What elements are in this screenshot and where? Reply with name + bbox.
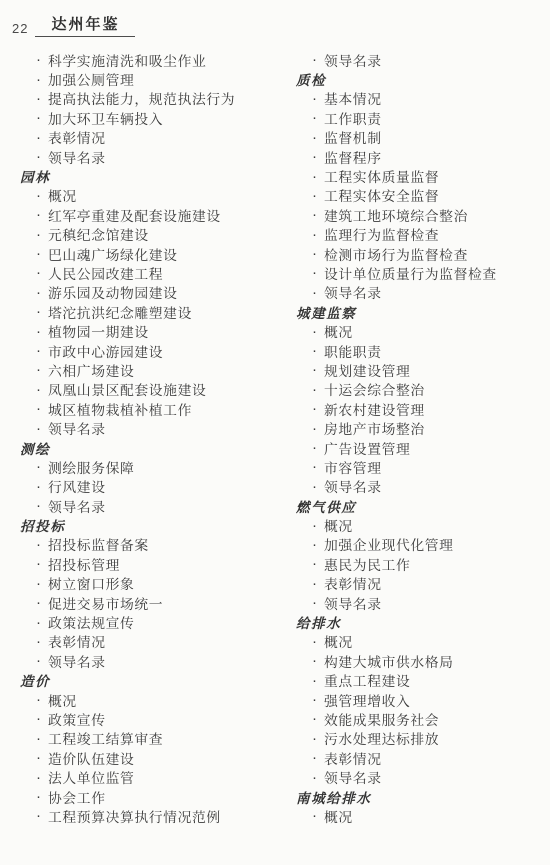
toc-entry-label: 概况 xyxy=(324,631,353,651)
bullet-icon: · xyxy=(310,265,319,280)
toc-entry-label: 市政中心游园建设 xyxy=(48,341,163,361)
toc-entry-label: 协会工作 xyxy=(48,787,106,807)
toc-item: ·法人单位监管 xyxy=(18,767,280,786)
toc-item: ·广告设置管理 xyxy=(294,438,550,457)
toc-entry-label: 提高执法能力，规范执法行为 xyxy=(48,88,235,108)
bullet-icon: · xyxy=(310,421,319,436)
bullet-icon: · xyxy=(310,324,319,339)
toc-item: ·建筑工地环境综合整治 xyxy=(294,205,550,224)
toc-section-heading: 城建监察 xyxy=(294,302,550,321)
toc-entry-label: 职能职责 xyxy=(324,341,382,361)
bullet-icon: · xyxy=(34,110,43,125)
toc-entry-label: 领导名录 xyxy=(48,496,106,516)
bullet-icon: · xyxy=(310,711,319,726)
toc-entry-label: 园林 xyxy=(20,166,50,186)
bullet-icon: · xyxy=(310,479,319,494)
toc-item: ·加强企业现代化管理 xyxy=(294,535,550,554)
toc-entry-label: 概况 xyxy=(48,185,77,205)
toc-item: ·基本情况 xyxy=(294,89,550,108)
bullet-icon: · xyxy=(34,343,43,358)
page-header: 22 达州年鉴 xyxy=(12,13,135,37)
toc-item: ·监督程序 xyxy=(294,147,550,166)
toc-entry-label: 监理行为监督检查 xyxy=(324,224,439,244)
bullet-icon: · xyxy=(310,576,319,591)
toc-entry-label: 房地产市场整治 xyxy=(324,418,425,438)
toc-item: ·十运会综合整治 xyxy=(294,380,550,399)
toc-entry-label: 强管理增收入 xyxy=(324,690,410,710)
toc-entry-label: 监督程序 xyxy=(324,147,382,167)
toc-item: ·表彰情况 xyxy=(294,574,550,593)
toc-entry-label: 人民公园改建工程 xyxy=(48,263,163,283)
toc-item: ·政策法规宣传 xyxy=(18,612,280,631)
toc-item: ·效能成果服务社会 xyxy=(294,709,550,728)
toc-entry-label: 领导名录 xyxy=(324,767,382,787)
toc-entry-label: 领导名录 xyxy=(48,418,106,438)
toc-entry-label: 塔沱抗洪纪念雕塑建设 xyxy=(48,302,192,322)
toc-item: ·重点工程建设 xyxy=(294,671,550,690)
toc-entry-label: 效能成果服务社会 xyxy=(324,709,439,729)
toc-entry-label: 领导名录 xyxy=(324,476,382,496)
bullet-icon: · xyxy=(310,440,319,455)
bullet-icon: · xyxy=(34,537,43,552)
toc-item: ·惠民为民工作 xyxy=(294,554,550,573)
toc-item: ·规划建设管理 xyxy=(294,360,550,379)
toc-entry-label: 领导名录 xyxy=(324,282,382,302)
toc-section-heading: 测绘 xyxy=(18,438,280,457)
bullet-icon: · xyxy=(310,188,319,203)
toc-entry-label: 概况 xyxy=(324,515,353,535)
toc-item: ·概况 xyxy=(294,632,550,651)
book-title: 达州年鉴 xyxy=(51,17,119,33)
toc-item: ·概况 xyxy=(294,515,550,534)
toc-item: ·科学实施清洗和吸尘作业 xyxy=(18,50,280,69)
bullet-icon: · xyxy=(310,169,319,184)
toc-item: ·城区植物栽植补植工作 xyxy=(18,399,280,418)
toc-entry-label: 工作职责 xyxy=(324,108,382,128)
bullet-icon: · xyxy=(310,537,319,552)
bullet-icon: · xyxy=(34,711,43,726)
bullet-icon: · xyxy=(34,421,43,436)
bullet-icon: · xyxy=(34,72,43,87)
book-title-rule: 达州年鉴 xyxy=(35,13,135,37)
toc-item: ·塔沱抗洪纪念雕塑建设 xyxy=(18,302,280,321)
bullet-icon: · xyxy=(34,576,43,591)
toc-item: ·游乐园及动物园建设 xyxy=(18,283,280,302)
toc-entry-label: 造价队伍建设 xyxy=(48,748,134,768)
bullet-icon: · xyxy=(310,673,319,688)
bullet-icon: · xyxy=(310,595,319,610)
bullet-icon: · xyxy=(310,285,319,300)
bullet-icon: · xyxy=(310,207,319,222)
toc-item: ·构建大城市供水格局 xyxy=(294,651,550,670)
toc-item: ·领导名录 xyxy=(294,283,550,302)
bullet-icon: · xyxy=(34,401,43,416)
toc-item: ·凤凰山景区配套设施建设 xyxy=(18,380,280,399)
bullet-icon: · xyxy=(310,653,319,668)
toc-item: ·强管理增收入 xyxy=(294,690,550,709)
toc-section-heading: 质检 xyxy=(294,69,550,88)
bullet-icon: · xyxy=(34,731,43,746)
toc-entry-label: 测绘服务保障 xyxy=(48,457,134,477)
toc-item: ·概况 xyxy=(294,321,550,340)
toc-entry-label: 表彰情况 xyxy=(48,127,106,147)
toc-entry-label: 领导名录 xyxy=(48,147,106,167)
toc-item: ·设计单位质量行为监督检查 xyxy=(294,263,550,282)
toc-entry-label: 元稹纪念馆建设 xyxy=(48,224,149,244)
toc-item: ·协会工作 xyxy=(18,787,280,806)
toc-entry-label: 基本情况 xyxy=(324,88,382,108)
bullet-icon: · xyxy=(310,110,319,125)
toc-entry-label: 污水处理达标排放 xyxy=(324,728,439,748)
toc-item: ·领导名录 xyxy=(18,651,280,670)
bullet-icon: · xyxy=(34,595,43,610)
toc-entry-label: 政策法规宣传 xyxy=(48,612,134,632)
toc-item: ·市容管理 xyxy=(294,457,550,476)
toc-item: ·工作职责 xyxy=(294,108,550,127)
toc-entry-label: 凤凰山景区配套设施建设 xyxy=(48,379,206,399)
toc-entry-label: 质检 xyxy=(296,69,326,89)
toc-item: ·领导名录 xyxy=(294,477,550,496)
bullet-icon: · xyxy=(310,634,319,649)
bullet-icon: · xyxy=(310,382,319,397)
toc-item: ·造价队伍建设 xyxy=(18,748,280,767)
bullet-icon: · xyxy=(310,459,319,474)
toc-column-right: ·领导名录质检·基本情况·工作职责·监督机制·监督程序·工程实体质量监督·工程实… xyxy=(294,50,550,826)
toc-item: ·领导名录 xyxy=(18,418,280,437)
bullet-icon: · xyxy=(34,149,43,164)
toc-entry-label: 概况 xyxy=(324,321,353,341)
toc-item: ·污水处理达标排放 xyxy=(294,729,550,748)
toc-section-heading: 造价 xyxy=(18,671,280,690)
toc-entry-label: 工程实体安全监督 xyxy=(324,185,439,205)
toc-section-heading: 园林 xyxy=(18,166,280,185)
yearbook-toc-page: 22 达州年鉴 ·科学实施清洗和吸尘作业·加强公厕管理·提高执法能力，规范执法行… xyxy=(0,0,550,865)
bullet-icon: · xyxy=(34,188,43,203)
toc-item: ·表彰情况 xyxy=(18,128,280,147)
toc-entry-label: 惠民为民工作 xyxy=(324,554,410,574)
toc-item: ·招投标监督备案 xyxy=(18,535,280,554)
toc-entry-label: 表彰情况 xyxy=(324,748,382,768)
toc-item: ·概况 xyxy=(18,186,280,205)
toc-item: ·工程实体质量监督 xyxy=(294,166,550,185)
toc-item: ·概况 xyxy=(294,806,550,825)
toc-entry-label: 招投标管理 xyxy=(48,554,120,574)
toc-entry-label: 加大环卫车辆投入 xyxy=(48,108,163,128)
bullet-icon: · xyxy=(34,362,43,377)
bullet-icon: · xyxy=(34,459,43,474)
toc-item: ·领导名录 xyxy=(18,147,280,166)
toc-section-heading: 给排水 xyxy=(294,612,550,631)
toc-item: ·工程竣工结算审查 xyxy=(18,729,280,748)
toc-item: ·行风建设 xyxy=(18,477,280,496)
toc-item: ·房地产市场整治 xyxy=(294,418,550,437)
bullet-icon: · xyxy=(310,362,319,377)
toc-entry-label: 概况 xyxy=(324,806,353,826)
toc-entry-label: 监督机制 xyxy=(324,127,382,147)
toc-item: ·表彰情况 xyxy=(18,632,280,651)
toc-entry-label: 十运会综合整治 xyxy=(324,379,425,399)
toc-item: ·领导名录 xyxy=(294,593,550,612)
toc-entry-label: 促进交易市场统一 xyxy=(48,593,163,613)
bullet-icon: · xyxy=(34,498,43,513)
toc-item: ·测绘服务保障 xyxy=(18,457,280,476)
bullet-icon: · xyxy=(34,285,43,300)
bullet-icon: · xyxy=(34,130,43,145)
toc-entry-label: 表彰情况 xyxy=(48,631,106,651)
toc-item: ·领导名录 xyxy=(294,50,550,69)
toc-entry-label: 南城给排水 xyxy=(296,787,372,807)
toc-item: ·职能职责 xyxy=(294,341,550,360)
bullet-icon: · xyxy=(310,770,319,785)
bullet-icon: · xyxy=(34,653,43,668)
toc-item: ·植物园一期建设 xyxy=(18,321,280,340)
toc-item: ·领导名录 xyxy=(294,767,550,786)
toc-column-left: ·科学实施清洗和吸尘作业·加强公厕管理·提高执法能力，规范执法行为·加大环卫车辆… xyxy=(18,50,280,826)
bullet-icon: · xyxy=(34,634,43,649)
bullet-icon: · xyxy=(310,246,319,261)
bullet-icon: · xyxy=(34,382,43,397)
toc-item: ·领导名录 xyxy=(18,496,280,515)
toc-entry-label: 行风建设 xyxy=(48,476,106,496)
bullet-icon: · xyxy=(34,246,43,261)
toc-entry-label: 造价 xyxy=(20,670,50,690)
bullet-icon: · xyxy=(310,808,319,823)
toc-item: ·加强公厕管理 xyxy=(18,69,280,88)
toc-entry-label: 工程预算决算执行情况范例 xyxy=(48,806,221,826)
toc-entry-label: 概况 xyxy=(48,690,77,710)
toc-item: ·监督机制 xyxy=(294,128,550,147)
toc-item: ·政策宣传 xyxy=(18,709,280,728)
bullet-icon: · xyxy=(34,479,43,494)
bullet-icon: · xyxy=(34,808,43,823)
toc-item: ·工程预算决算执行情况范例 xyxy=(18,806,280,825)
bullet-icon: · xyxy=(34,207,43,222)
bullet-icon: · xyxy=(34,789,43,804)
toc-entry-label: 游乐园及动物园建设 xyxy=(48,282,178,302)
bullet-icon: · xyxy=(310,130,319,145)
bullet-icon: · xyxy=(34,227,43,242)
toc-entry-label: 测绘 xyxy=(20,438,50,458)
toc-entry-label: 表彰情况 xyxy=(324,573,382,593)
toc-entry-label: 广告设置管理 xyxy=(324,438,410,458)
page-number: 22 xyxy=(12,21,28,37)
toc-entry-label: 重点工程建设 xyxy=(324,670,410,690)
bullet-icon: · xyxy=(34,52,43,67)
toc-entry-label: 红军亭重建及配套设施建设 xyxy=(48,205,221,225)
toc-item: ·加大环卫车辆投入 xyxy=(18,108,280,127)
bullet-icon: · xyxy=(34,692,43,707)
toc-entry-label: 加强企业现代化管理 xyxy=(324,534,454,554)
toc-item: ·市政中心游园建设 xyxy=(18,341,280,360)
bullet-icon: · xyxy=(310,227,319,242)
toc-entry-label: 树立窗口形象 xyxy=(48,573,134,593)
toc-item: ·红军亭重建及配套设施建设 xyxy=(18,205,280,224)
toc-item: ·巴山魂广场绿化建设 xyxy=(18,244,280,263)
toc-entry-label: 构建大城市供水格局 xyxy=(324,651,454,671)
bullet-icon: · xyxy=(310,750,319,765)
toc-entry-label: 科学实施清洗和吸尘作业 xyxy=(48,50,206,70)
toc-entry-label: 领导名录 xyxy=(48,651,106,671)
bullet-icon: · xyxy=(310,52,319,67)
toc-entry-label: 给排水 xyxy=(296,612,341,632)
toc-item: ·工程实体安全监督 xyxy=(294,186,550,205)
toc-item: ·树立窗口形象 xyxy=(18,574,280,593)
toc-entry-label: 规划建设管理 xyxy=(324,360,410,380)
toc-entry-label: 市容管理 xyxy=(324,457,382,477)
toc-entry-label: 城区植物栽植补植工作 xyxy=(48,399,192,419)
toc-entry-label: 工程实体质量监督 xyxy=(324,166,439,186)
toc-entry-label: 检测市场行为监督检查 xyxy=(324,244,468,264)
bullet-icon: · xyxy=(34,770,43,785)
bullet-icon: · xyxy=(34,556,43,571)
toc-section-heading: 南城给排水 xyxy=(294,787,550,806)
toc-section-heading: 燃气供应 xyxy=(294,496,550,515)
toc-entry-label: 设计单位质量行为监督检查 xyxy=(324,263,497,283)
toc-entry-label: 植物园一期建设 xyxy=(48,321,149,341)
toc-entry-label: 新农村建设管理 xyxy=(324,399,425,419)
toc-entry-label: 法人单位监管 xyxy=(48,767,134,787)
bullet-icon: · xyxy=(310,731,319,746)
bullet-icon: · xyxy=(310,556,319,571)
bullet-icon: · xyxy=(34,91,43,106)
bullet-icon: · xyxy=(34,304,43,319)
toc-item: ·促进交易市场统一 xyxy=(18,593,280,612)
toc-section-heading: 招投标 xyxy=(18,515,280,534)
toc-entry-label: 政策宣传 xyxy=(48,709,106,729)
bullet-icon: · xyxy=(310,401,319,416)
toc-entry-label: 招投标 xyxy=(20,515,65,535)
toc-item: ·提高执法能力，规范执法行为 xyxy=(18,89,280,108)
toc-entry-label: 燃气供应 xyxy=(296,496,356,516)
toc-item: ·六相广场建设 xyxy=(18,360,280,379)
bullet-icon: · xyxy=(34,265,43,280)
toc-item: ·新农村建设管理 xyxy=(294,399,550,418)
bullet-icon: · xyxy=(34,324,43,339)
toc-entry-label: 领导名录 xyxy=(324,50,382,70)
bullet-icon: · xyxy=(34,615,43,630)
toc-entry-label: 巴山魂广场绿化建设 xyxy=(48,244,178,264)
toc-item: ·表彰情况 xyxy=(294,748,550,767)
toc-entry-label: 招投标监督备案 xyxy=(48,534,149,554)
bullet-icon: · xyxy=(310,343,319,358)
toc-item: ·人民公园改建工程 xyxy=(18,263,280,282)
toc-entry-label: 建筑工地环境综合整治 xyxy=(324,205,468,225)
bullet-icon: · xyxy=(310,149,319,164)
toc-entry-label: 城建监察 xyxy=(296,302,356,322)
toc-entry-label: 工程竣工结算审查 xyxy=(48,728,163,748)
bullet-icon: · xyxy=(310,692,319,707)
toc-item: ·检测市场行为监督检查 xyxy=(294,244,550,263)
toc-entry-label: 六相广场建设 xyxy=(48,360,134,380)
bullet-icon: · xyxy=(310,91,319,106)
bullet-icon: · xyxy=(34,750,43,765)
bullet-icon: · xyxy=(310,518,319,533)
toc-item: ·元稹纪念馆建设 xyxy=(18,225,280,244)
toc-item: ·招投标管理 xyxy=(18,554,280,573)
toc-entry-label: 领导名录 xyxy=(324,593,382,613)
toc-item: ·概况 xyxy=(18,690,280,709)
toc-item: ·监理行为监督检查 xyxy=(294,225,550,244)
toc-entry-label: 加强公厕管理 xyxy=(48,69,134,89)
